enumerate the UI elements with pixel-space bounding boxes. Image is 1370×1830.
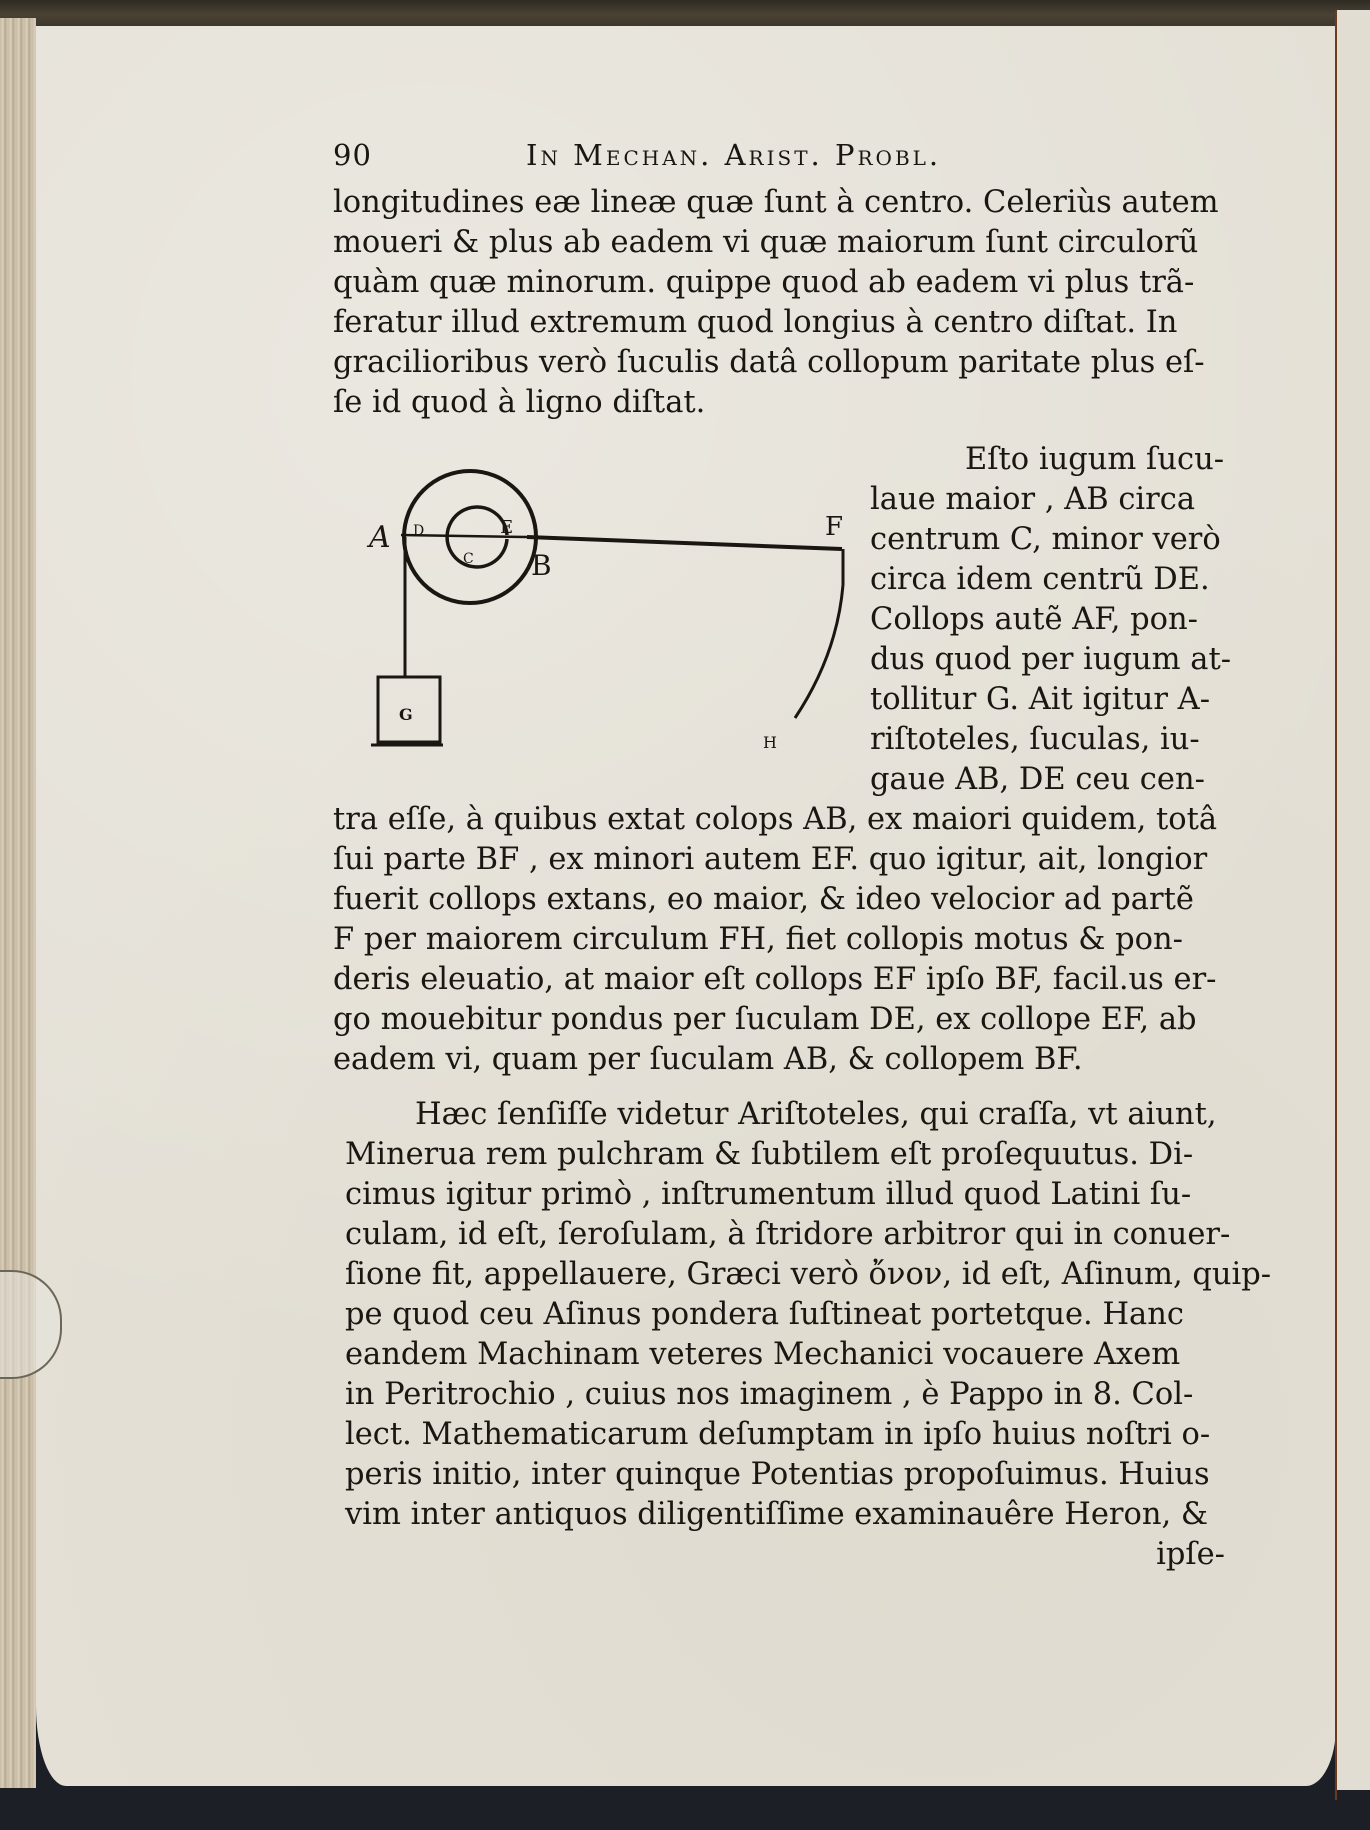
label-c: C [463,551,474,567]
text-line: gracilioribus verò ſuculis datâ collopum… [333,343,1213,383]
text-line: in Peritrochio , cuius nos imaginem , è … [345,1375,1225,1415]
text-line: ſui parte BF , ex minori autem EF. quo i… [333,840,1213,880]
text-line: Collops autẽ AF, pon- [870,600,1220,640]
gutter-shadow [1335,10,1337,1800]
text-line: Minerua rem pulchram & ſubtilem eſt proſ… [345,1135,1225,1175]
facing-page-edge [1337,10,1370,1790]
label-g: G [399,705,413,724]
windlass-figure-icon: A D E C B F G H [355,455,855,755]
text-line: Eſto iugum ſucu- [870,440,1220,480]
text-line: lect. Mathematicarum deſumptam in ipſo h… [345,1415,1225,1455]
text-line: tra eſſe, à quibus extat colops AB, ex m… [333,800,1213,840]
text-line: Hæc ſenſiſſe videtur Ariſtoteles, qui cr… [345,1095,1225,1135]
page-header: 90 In Mechan. Arist. Probl. [333,138,1213,178]
text-line: centrum C, minor verò [870,520,1220,560]
text-line: deris eleuatio, at maior eſt collops EF … [333,960,1213,1000]
label-f: F [825,512,843,542]
label-d: D [413,523,424,539]
text-line: culam, id eſt, ſeroſulam, à ſtridore arb… [345,1215,1225,1255]
text-line: go mouebitur pondus per ſuculam DE, ex c… [333,1000,1213,1040]
text-line: cimus igitur primò , inſtrumentum illud … [345,1175,1225,1215]
text-line: eandem Machinam veteres Mechanici vocaue… [345,1335,1225,1375]
text-line: longitudines eæ lineæ quæ ſunt à centro.… [333,183,1213,223]
text-line: fuerit collops extans, eo maior, & ideo … [333,880,1213,920]
paragraph-continued: tra eſſe, à quibus extat colops AB, ex m… [333,800,1213,1080]
text-line: pe quod ceu Aſinus pondera ſuſtineat por… [345,1295,1225,1335]
text-line: ſione fit, appellauere, Græci verò ὄνον,… [345,1255,1225,1295]
page-stack-edge [0,18,36,1788]
paragraph-haec: Hæc ſenſiſſe videtur Ariſtoteles, qui cr… [345,1095,1225,1575]
page-number: 90 [333,138,372,172]
catchword: ipſe- [345,1535,1225,1575]
text-line: peris initio, inter quinque Potentias pr… [345,1455,1225,1495]
text-line: vim inter antiquos diligentiſſime examin… [345,1495,1225,1535]
paragraph-side: Eſto iugum ſucu- laue maior , AB circa c… [870,440,1220,800]
text-line: circa idem centrũ DE. [870,560,1220,600]
text-line: laue maior , AB circa [870,480,1220,520]
text-line: eadem vi, quam per ſuculam AB, & collope… [333,1040,1213,1080]
text-line: feratur illud extremum quod longius à ce… [333,303,1213,343]
text-line: quàm quæ minorum. quippe quod ab eadem v… [333,263,1213,303]
text-line: dus quod per iugum at- [870,640,1220,680]
label-b: B [531,549,552,582]
text-line: moueri & plus ab eadem vi quæ maiorum ſu… [333,223,1213,263]
text-line: tollitur G. Ait igitur A- [870,680,1220,720]
text-line: ſe id quod à ligno diſtat. [333,383,1213,423]
label-a: A [366,520,391,555]
label-e: E [500,517,513,538]
text-line: F per maiorem circulum FH, fiet collopis… [333,920,1213,960]
text-line: riſtoteles, ſuculas, iu- [870,720,1220,760]
text-line: gaue AB, DE ceu cen- [870,760,1220,800]
label-h: H [763,733,777,752]
windlass-diagram: A D E C B F G H [355,455,855,755]
paragraph-top: longitudines eæ lineæ quæ ſunt à centro.… [333,183,1213,423]
running-title: In Mechan. Arist. Probl. [526,138,941,172]
